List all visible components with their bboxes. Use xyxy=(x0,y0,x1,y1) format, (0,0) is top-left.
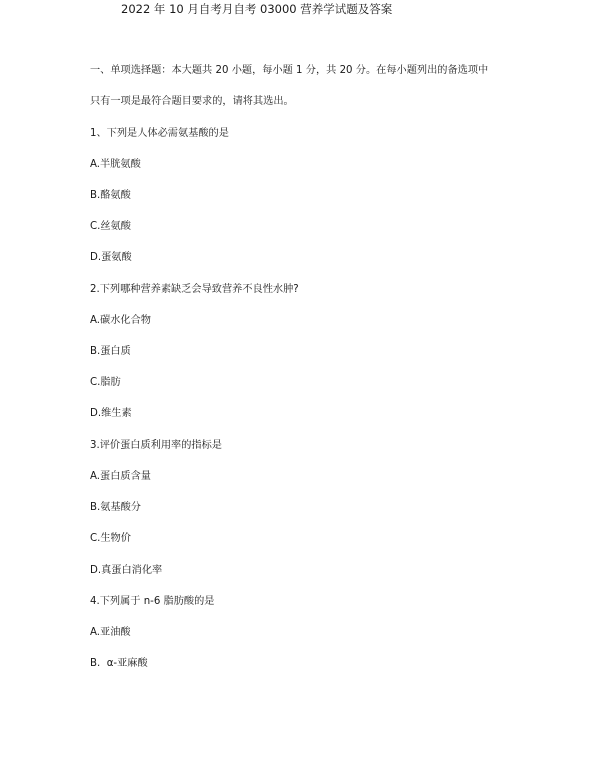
option-d: D.真蛋白消化率 xyxy=(90,564,162,577)
option-c: C.脂肪 xyxy=(90,376,121,389)
document-title: 2022 年 10 月自考月自考 03000 营养学试题及答案 xyxy=(121,2,392,16)
section-intro-line-2: 只有一项是最符合题目要求的，请将其选出。 xyxy=(90,95,294,108)
question-stem: 2.下列哪种营养素缺乏会导致营养不良性水肿? xyxy=(90,283,299,296)
option-b: B.酪氨酸 xyxy=(90,189,131,202)
option-a: A.亚油酸 xyxy=(90,626,131,639)
option-c: C.生物价 xyxy=(90,532,131,545)
question-stem: 4.下列属于 n-6 脂肪酸的是 xyxy=(90,595,215,608)
option-c: C.丝氨酸 xyxy=(90,220,131,233)
option-d: D.维生素 xyxy=(90,407,132,420)
option-a: A.碳水化合物 xyxy=(90,314,151,327)
option-a: A.半胱氨酸 xyxy=(90,158,141,171)
section-intro-line-1: 一、单项选择题：本大题共 20 小题，每小题 1 分，共 20 分。在每小题列出… xyxy=(90,64,488,77)
option-d: D.蛋氨酸 xyxy=(90,251,132,264)
option-b: B.氨基酸分 xyxy=(90,501,141,514)
question-stem: 3.评价蛋白质利用率的指标是 xyxy=(90,439,222,452)
option-a: A.蛋白质含量 xyxy=(90,470,151,483)
option-b: B. α-亚麻酸 xyxy=(90,657,148,670)
question-stem: 1、下列是人体必需氨基酸的是 xyxy=(90,127,229,140)
option-b: B.蛋白质 xyxy=(90,345,131,358)
